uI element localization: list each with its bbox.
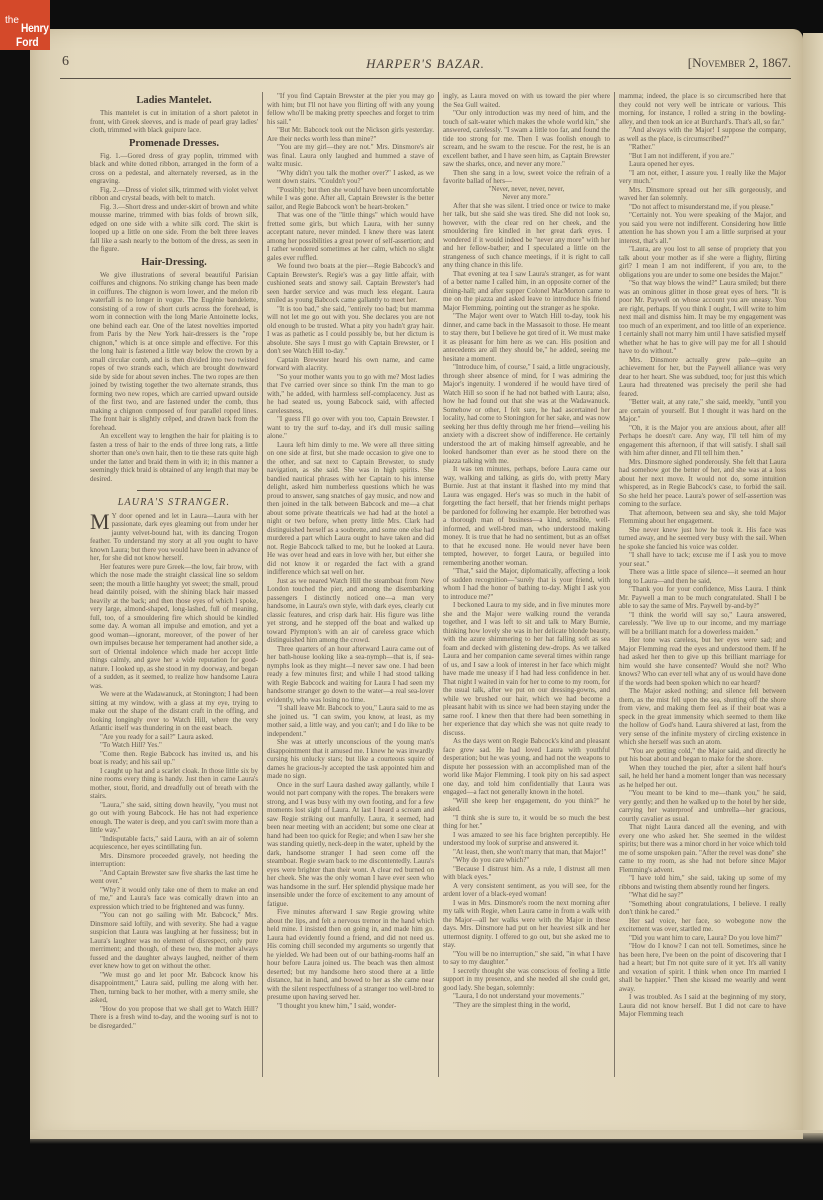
paragraph: "Possibly; but then she would have been … [267, 186, 434, 212]
paragraph: "It is too bad," she said, "entirely too… [267, 305, 434, 356]
paragraph: An excellent way to lengthen the hair fo… [90, 432, 258, 483]
page-header: 6 HARPER'S BAZAR. [November 2, 1867. [60, 52, 791, 79]
publication-title: HARPER'S BAZAR. [60, 56, 791, 72]
paragraph: We give illustrations of several beautif… [90, 271, 258, 433]
paragraph: "I thought you knew him," I said, wonder… [267, 1002, 434, 1011]
paragraph: "Why do you care which?" [443, 856, 610, 865]
paragraph: "They are the simplest thing in the worl… [443, 1001, 610, 1010]
paragraph: "That," said the Major, diplomatically, … [443, 567, 610, 601]
paragraph: "Better wait, at any rate," she said, me… [619, 398, 786, 424]
paragraph: "Laura, I do not understand your movemen… [443, 992, 610, 1001]
paragraph: ingly, as Laura moved on with us toward … [443, 92, 610, 109]
paragraph: mamma; indeed, the place is so circumscr… [619, 92, 786, 126]
paragraph: She was at utterly unconscious of the yo… [267, 738, 434, 781]
paragraph: "Introduce him, of course," I said, a li… [443, 363, 610, 465]
paragraph: "To Watch Hill? Yes." [90, 741, 258, 750]
paragraph: Laura opened her eyes. [619, 160, 786, 169]
paragraph: "But Mr. Babcock took out the Nickson gi… [267, 126, 434, 143]
story-title: LAURA'S STRANGER. [90, 499, 258, 508]
paragraph: "Did you want him to care, Laura? Do you… [619, 934, 786, 943]
paragraph: Mrs. Dinsmore proceeded gravely, not hee… [90, 852, 258, 869]
paragraph: "Do not affect to misunderstand me, if y… [619, 203, 786, 212]
paragraph: Fig. 2.—Dress of violet silk, trimmed wi… [90, 186, 258, 203]
paragraph: Five minutes afterward I saw Regie growi… [267, 908, 434, 1002]
paragraph: Her sad voice, her face, so wobegone now… [619, 917, 786, 934]
paragraph: "You are my girl—they are not." Mrs. Din… [267, 143, 434, 169]
paragraph: That evening at tea I saw Laura's strang… [443, 270, 610, 313]
paragraph: "But I am not indifferent, if you are." [619, 152, 786, 161]
paragraph: "And Captain Brewster saw five sharks th… [90, 869, 258, 886]
verse-line: Never any more." [443, 194, 610, 202]
paragraph: "Come then. Regie Babcock has invited us… [90, 750, 258, 767]
paragraph: I was in Mrs. Dinsmore's room the next m… [443, 899, 610, 950]
paragraph: "Why? it would only take one of them to … [90, 886, 258, 912]
paragraph: "Will she keep her engagement, do you th… [443, 797, 610, 814]
paragraph: "Rather." [619, 143, 786, 152]
ballad-verse: "Never, never, never, never, Never any m… [443, 186, 610, 202]
henry-ford-logo: the Henry Ford [0, 0, 50, 50]
drop-cap: M [90, 513, 110, 531]
paragraph: "Are you ready for a sail?" Laura asked. [90, 733, 258, 742]
article-columns: Ladies Mantelet. This mantelet is cut in… [86, 92, 791, 1077]
column-1: Ladies Mantelet. This mantelet is cut in… [86, 92, 262, 1077]
paragraph: "I shall leave Mr. Babcock to you," Laur… [267, 704, 434, 738]
paragraph: That afternoon, between sea and sky, she… [619, 509, 786, 526]
paragraph: There was a little space of silence—it s… [619, 568, 786, 585]
logo-the: the [5, 16, 19, 26]
paragraph: Just as we neared Watch Hill the steambo… [267, 577, 434, 645]
paragraph: After that she was silent. I tried once … [443, 202, 610, 270]
paragraph: "Thank you for your confidence, Miss Lau… [619, 585, 786, 611]
paragraph: "Something about congratulations, I beli… [619, 900, 786, 917]
paragraph: "Laura," she said, sitting down heavily,… [90, 801, 258, 835]
paragraph: As the days went on Regie Babcock's kind… [443, 737, 610, 797]
paragraph: Fig. 1.—Gored dress of gray poplin, trim… [90, 152, 258, 186]
verse-line: "Never, never, never, never, [443, 186, 610, 194]
page-bottom-edge [30, 1130, 823, 1144]
paragraph: "I have told him," she said, taking up s… [619, 874, 786, 891]
issue-date: [November 2, 1867. [688, 55, 791, 71]
paragraph: The Major asked nothing; and silence fel… [619, 687, 786, 747]
paragraph: "Laura, are you lost to all sense of pro… [619, 245, 786, 279]
paragraph: "The Major went over to Watch Hill to-da… [443, 312, 610, 363]
paragraph: "And always with the Major! I suppose th… [619, 126, 786, 143]
date-month: November [692, 55, 745, 70]
paragraph: "How do you propose that we shall get to… [90, 1005, 258, 1031]
paragraph: "So that way blows the wind?" Laura smil… [619, 279, 786, 356]
paragraph: Then she sang in a low, sweet voice the … [443, 169, 610, 186]
column-4: mamma; indeed, the place is so circumscr… [614, 92, 790, 1077]
column-3: ingly, as Laura moved on with us toward … [438, 92, 614, 1077]
heading-hair-dressing: Hair-Dressing. [90, 257, 258, 269]
paragraph: I was amazed to see his face brighten pe… [443, 831, 610, 848]
paragraph: Fig. 3.—Short dress and under-skirt of b… [90, 203, 258, 254]
paragraph: "At least, then, she won't marry that ma… [443, 848, 610, 857]
paragraph: "Indisputable facts," said Laura, with a… [90, 835, 258, 852]
paragraph: When they touched the pier, after a sile… [619, 764, 786, 790]
paragraph: "You are getting cold," the Major said, … [619, 747, 786, 764]
paragraph: "Why didn't you talk the mother over?" I… [267, 169, 434, 186]
paragraph: "What did he say?" [619, 891, 786, 900]
paragraph: I caught up hat and a scarlet cloak. In … [90, 767, 258, 801]
story-opening: MY door opened and let in Laura—Laura wi… [90, 512, 258, 563]
paragraph: I beckoned Laura to my side, and in five… [443, 601, 610, 737]
logo-ford: Ford [16, 36, 39, 48]
logo-henry: Henry [21, 22, 49, 34]
paragraph: "I think the world will say so," Laura a… [619, 611, 786, 637]
paragraph: Laura left him dimly to me. We were all … [267, 441, 434, 577]
paragraph: "I think she is sure to, it would be so … [443, 814, 610, 831]
paragraph: She never knew just how he took it. His … [619, 526, 786, 552]
paragraph: "Certainly not. You were speaking of the… [619, 211, 786, 245]
next-page-edge [803, 33, 823, 1133]
paragraph: This mantelet is cut in imitation of a s… [90, 109, 258, 135]
paragraph: Mrs. Dinsmore sighed ponderously. She fe… [619, 458, 786, 509]
paragraph: It was ten minutes, perhaps, before Laur… [443, 465, 610, 567]
paragraph: I secretly thought she was conscious of … [443, 967, 610, 993]
paragraph: Once in the surf Laura dashed away galla… [267, 781, 434, 909]
paragraph: "So your mother wants you to go with me?… [267, 373, 434, 416]
paragraph: That was one of the "little things" whic… [267, 211, 434, 262]
date-rest: 2, 1867. [746, 55, 792, 70]
paragraph: "If you find Captain Brewster at the pie… [267, 92, 434, 126]
paragraph: Her features were pure Greek—the low, fa… [90, 563, 258, 691]
paragraph: A very consistent sentiment, as you will… [443, 882, 610, 899]
paragraph: "Because I distrust him. As a rule, I di… [443, 865, 610, 882]
paragraph: "I guess I'll go over with you too, Capt… [267, 415, 434, 441]
paragraph: Mrs. Dinsmore spread out her silk gorgeo… [619, 186, 786, 203]
paragraph: "Our only introduction was my need of hi… [443, 109, 610, 169]
paragraph: "You meant to be kind to me—thank you," … [619, 789, 786, 823]
paragraph: We found two boats at the pier—Regie Bab… [267, 262, 434, 305]
paragraph: "We must go and let poor Mr. Babcock kno… [90, 971, 258, 1005]
paragraph: "You will be no interruption," she said,… [443, 950, 610, 967]
paragraph: I was troubled. As I said at the beginni… [619, 993, 786, 1019]
column-2: "If you find Captain Brewster at the pie… [262, 92, 438, 1077]
paragraph: "Oh, it is the Major you are anxious abo… [619, 424, 786, 458]
paragraph: "I am not, either, I assure you. I reall… [619, 169, 786, 186]
paragraph: Captain Brewster heard his own name, and… [267, 356, 434, 373]
paragraph: Three quarters of an hour afterward Laur… [267, 645, 434, 705]
heading-ladies-mantelet: Ladies Mantelet. [90, 95, 258, 107]
paragraph: That night Laura danced all the evening,… [619, 823, 786, 874]
paragraph: "You can not go sailing with Mr. Babcock… [90, 911, 258, 971]
heading-promenade-dresses: Promenade Dresses. [90, 138, 258, 150]
paragraph: Mrs. Dinsmore actually grew pale—quite a… [619, 356, 786, 399]
story-opening-text: Y door opened and let in Laura—Laura wit… [90, 512, 258, 563]
paragraph: We were at the Wadawanuck, at Stonington… [90, 690, 258, 733]
section-divider [137, 490, 211, 491]
paragraph: Her tone was careless, but her eyes were… [619, 636, 786, 687]
paragraph: "I shall have to tack; excuse me if I as… [619, 551, 786, 568]
paragraph: "How do I know? I can not tell. Sometime… [619, 942, 786, 993]
